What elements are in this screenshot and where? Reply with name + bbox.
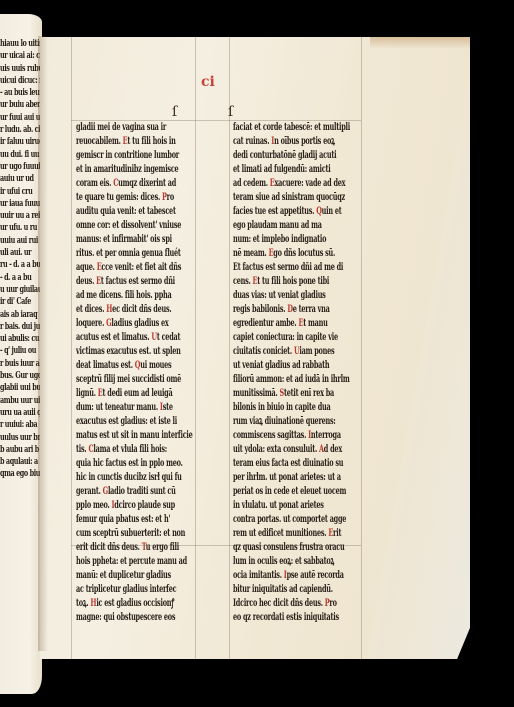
text-line: ur ugo fuuui <box>0 161 29 173</box>
text-line: te quare tu gemis: dices. Pro <box>76 190 231 204</box>
text-line: uru ua auii q <box>0 407 29 419</box>
text-line: pplo meo. Idcirco plaude sup <box>76 498 231 512</box>
text-line: b aubu ari b <box>0 444 29 456</box>
ruling-line <box>71 37 72 659</box>
text-line: ui abulis: cu <box>0 333 29 345</box>
text-line: et in amaritudinibz ingemisce <box>76 162 231 176</box>
text-line: ir di' Cafe <box>0 296 29 308</box>
text-line: erit dicit dñs deus. Tu ergo fili <box>76 540 231 554</box>
text-line: - q' juliu ou <box>0 345 29 357</box>
text-line: rum viaꝝ diuinationē querens: <box>233 414 388 428</box>
left-page-text: hiauu lo uitisur uicai ai: cruis uuis ru… <box>0 38 40 508</box>
text-line: gladii mei de vagina sua ir <box>76 120 231 134</box>
text-line: ur buiu aber bis <box>0 99 29 111</box>
text-line: u uur giuilau <box>0 284 29 296</box>
text-line: faciat et corde tabescē: et multipli <box>233 120 388 134</box>
text-line: auditu quia venit: et tabescet <box>76 204 231 218</box>
text-line: munitissimā. Stetit enī rex ba <box>233 386 388 400</box>
text-line: lum in oculis eoꝝ: et sabbatoꝝ <box>233 554 388 568</box>
text-line: ur uicai ai: cr <box>0 50 29 62</box>
text-line: bilonis in biuio in capite dua <box>233 400 388 414</box>
column-mark: ſ <box>172 104 177 120</box>
text-line: sceptrū filij mei succidisti omē <box>76 372 231 386</box>
text-line: uuiu aui rui <box>0 235 29 247</box>
text-line: duas vias: ut veniat gladius <box>233 288 388 302</box>
text-line: qz quasi consulens frustra oracu <box>233 540 388 554</box>
text-line: uu dui. fi uu <box>0 149 29 161</box>
text-line: ir faluu uiruq <box>0 136 29 148</box>
text-line: ac triplicetur gladius interfec <box>76 582 231 596</box>
text-line: deat limatus est. Qui moues <box>76 358 231 372</box>
text-line: Idcirco hec dicit dñs deus. Pro <box>233 596 388 610</box>
text-line: ru - d. a a bu <box>0 259 29 271</box>
text-line: victimas exacutus est. ut splen <box>76 344 231 358</box>
text-line: manū: et duplicetur gladius <box>76 568 231 582</box>
text-line: gerant. Gladio traditi sunt cū <box>76 484 231 498</box>
text-column-left: gladii mei de vagina sua irreuocabilem. … <box>76 120 230 624</box>
text-line: et dices. Hec dicit dñs deus. <box>76 302 231 316</box>
text-line: contra portas. ut comportet agge <box>233 512 388 526</box>
text-line: dedi conturbatōnē gladij acuti <box>233 148 388 162</box>
text-line: commiscens sagittas. Interroga <box>233 428 388 442</box>
text-line: periat os in cede et eleuet uocem <box>233 484 388 498</box>
text-line: magne: qui obstupescere eos <box>76 610 231 624</box>
text-line: ego plaudam manu ad ma <box>233 218 388 232</box>
text-line: hiauu lo uitis <box>0 38 29 50</box>
text-line: bus. Gur ugo <box>0 370 29 382</box>
column-mark: ſ <box>228 104 233 120</box>
text-line: dum: ut teneatur manu. Iste <box>76 400 231 414</box>
text-line: ritus. et per omnia genua fluét <box>76 246 231 260</box>
text-line: lignū. Et dedi eum ad leuigā <box>76 386 231 400</box>
text-line: ad me dicens. fili hois. ppha <box>76 288 231 302</box>
text-line: coram eis. Cumqz dixerint ad <box>76 176 231 190</box>
text-line: auiu ur ud <box>0 173 29 185</box>
text-line: Et factus est sermo dñi ad me di <box>233 260 388 274</box>
text-line: ur ufu. u ru <box>0 222 29 234</box>
text-line: egredientur ambe. Et manu <box>233 316 388 330</box>
text-line: ur iaua fuuu <box>0 198 29 210</box>
text-line: r uuiui: aba <box>0 419 29 431</box>
text-line: ocia imitantis. Ipse autē recorda <box>233 568 388 582</box>
text-line: uli aui. ur <box>0 247 29 259</box>
text-line: uuir uu a rei <box>0 210 29 222</box>
text-line: loquere. Gladius gladius ex <box>76 316 231 330</box>
photo-scene: hiauu lo uitisur uicai ai: cruis uuis ru… <box>0 0 514 707</box>
text-line: ir ufui cru <box>0 186 29 198</box>
text-line: gemiscr in contritione lumbor <box>76 148 231 162</box>
text-line: nē meam. Ego dñs locutus sū. <box>233 246 388 260</box>
text-line: toꝝ. Hic est gladius occisionꝭ <box>76 596 231 610</box>
text-line: uicui dicuc: fi <box>0 75 29 87</box>
text-line: ad cedem. Exacuere: vade ad dex <box>233 176 388 190</box>
text-line: femur quia pbatus est: et h' <box>76 512 231 526</box>
text-line: acutus est et limatus. Ut cedat <box>76 330 231 344</box>
text-line: ut veniat gladius ad rabbath <box>233 358 388 372</box>
text-line: teram siue ad sinistram quocūqz <box>233 190 388 204</box>
text-line: quia hic factus est in pplo meo. <box>76 456 231 470</box>
text-line: b aqulaui: a <box>0 456 29 468</box>
text-line: r bais. dui ju <box>0 321 29 333</box>
text-line: uit ydola: exta consuluit. Ad dex <box>233 442 388 456</box>
text-line: reuocabilem. Et tu fili hois in <box>76 134 231 148</box>
text-line: glabii uui bu <box>0 382 29 394</box>
text-line: omne cor: et dissolvent' vniuse <box>76 218 231 232</box>
text-line: hois ppheta: et percute manu ad <box>76 554 231 568</box>
text-line: eo qz recordati estis iniquitatis <box>233 610 388 624</box>
text-line: regis babilonis. De terra vna <box>233 302 388 316</box>
text-line: ambu uur ui <box>0 395 29 407</box>
text-line: uis uuis rubui <box>0 63 29 75</box>
text-line: ais ab iaraq <box>0 309 29 321</box>
text-line: aque. Ecce venit: et fiet ait dñs <box>76 260 231 274</box>
text-line: matus est ut sit in manu interficie <box>76 428 231 442</box>
text-line: - au buis leui- <box>0 87 29 99</box>
text-line: uulus uur br <box>0 432 29 444</box>
text-line: ur fuui aui uru <box>0 112 29 124</box>
text-line: cat ruinas. In oībus portis eoꝝ <box>233 134 388 148</box>
text-line: per ihrlm. ut ponat arietes: ut a <box>233 470 388 484</box>
text-line: qma ego biu <box>0 468 29 480</box>
text-line: capiet coniectura: in capite vie <box>233 330 388 344</box>
text-line: cens. Et tu fili hois pone tibi <box>233 274 388 288</box>
text-line: facies tue est appetitus. Quin et <box>233 204 388 218</box>
text-line: - d. a a bu <box>0 272 29 284</box>
left-page-edge: hiauu lo uitisur uicai ai: cruis uuis ru… <box>0 14 42 694</box>
gutter-shadow <box>38 36 48 651</box>
running-headline: ci <box>201 74 215 90</box>
text-line: in vlulatu. ut ponat arietes <box>233 498 388 512</box>
text-column-right: faciat et corde tabescē: et multiplicat … <box>233 120 387 624</box>
text-line: bitur iniquitatis ad capiendū. <box>233 582 388 596</box>
text-line: r buis iuur ab <box>0 358 29 370</box>
text-line: hic in cunctis ducibz isrł qui fu <box>76 470 231 484</box>
text-line: num: et implebo indignatio <box>233 232 388 246</box>
text-line: teram eius facta est diuinatio su <box>233 456 388 470</box>
text-line: r ludu. ab. ciutu <box>0 124 29 136</box>
text-line: ciuitatis coniciet. Uiam pones <box>233 344 388 358</box>
text-line: exacutus est gladius: et iste li <box>76 414 231 428</box>
text-line: filiorū ammon: et ad iudā in ihrlm <box>233 372 388 386</box>
text-line: rem ut edificet munitiones. Erit <box>233 526 388 540</box>
text-line: cum sceptrū subuerterit: et non <box>76 526 231 540</box>
text-line: manus: et infirmabit' ois spi <box>76 232 231 246</box>
text-line: et limati ad fulgendū: amicti <box>233 162 388 176</box>
page-stain <box>370 37 510 49</box>
text-line: tis. Clama et vlula fili hois: <box>76 442 231 456</box>
text-line: deus. Et factus est sermo dñi <box>76 274 231 288</box>
